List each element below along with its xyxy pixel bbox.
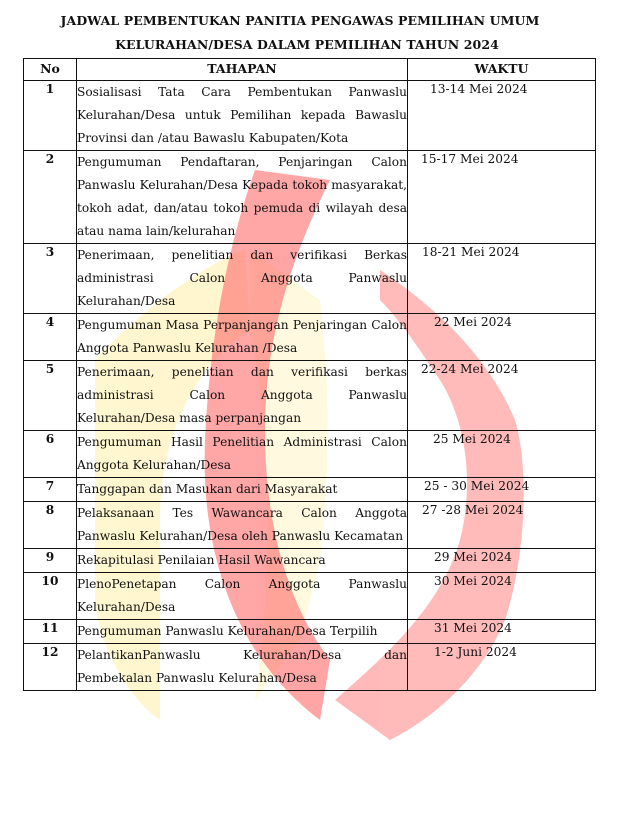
table-row: 6Pengumuman Hasil Penelitian Administras… (24, 431, 596, 478)
row-waktu-cell: 27 -28 Mei 2024 (408, 502, 596, 549)
table-row: 9Rekapitulasi Penilaian Hasil Wawancara2… (24, 549, 596, 573)
table-row: 11Pengumuman Panwaslu Kelurahan/Desa Ter… (24, 620, 596, 644)
schedule-table: No TAHAPAN WAKTU 1Sosialisasi Tata Cara … (23, 58, 596, 691)
row-waktu-cell: 15-17 Mei 2024 (408, 151, 596, 244)
row-number: 4 (24, 314, 77, 361)
row-waktu-cell: 13-14 Mei 2024 (408, 81, 596, 151)
row-tahapan: Pengumuman Masa Perpanjangan Penjaringan… (77, 314, 408, 361)
table-row: 10PlenoPenetapan Calon Anggota Panwaslu … (24, 573, 596, 620)
header-no: No (24, 59, 77, 81)
row-number: 9 (24, 549, 77, 573)
row-number: 8 (24, 502, 77, 549)
row-waktu: 29 Mei 2024 (408, 549, 595, 566)
row-waktu-cell: 25 Mei 2024 (408, 431, 596, 478)
table-row: 2Pengumuman Pendaftaran, Penjaringan Cal… (24, 151, 596, 244)
row-number: 10 (24, 573, 77, 620)
table-row: 3Penerimaan, penelitian dan verifikasi B… (24, 244, 596, 314)
row-tahapan: Penerimaan, penelitian dan verifikasi be… (77, 361, 408, 431)
row-tahapan: Pelaksanaan Tes Wawancara Calon Anggota … (77, 502, 408, 549)
row-tahapan: Pengumuman Hasil Penelitian Administrasi… (77, 431, 408, 478)
row-waktu-cell: 22-24 Mei 2024 (408, 361, 596, 431)
row-tahapan: Rekapitulasi Penilaian Hasil Wawancara (77, 549, 408, 573)
row-tahapan: Penerimaan, penelitian dan verifikasi Be… (77, 244, 408, 314)
table-row: 4Pengumuman Masa Perpanjangan Penjaringa… (24, 314, 596, 361)
row-tahapan: Sosialisasi Tata Cara Pembentukan Panwas… (77, 81, 408, 151)
row-number: 1 (24, 81, 77, 151)
row-waktu-cell: 31 Mei 2024 (408, 620, 596, 644)
table-row: 1Sosialisasi Tata Cara Pembentukan Panwa… (24, 81, 596, 151)
table-row: 7Tanggapan dan Masukan dari Masyarakat25… (24, 478, 596, 502)
table-row: 8Pelaksanaan Tes Wawancara Calon Anggota… (24, 502, 596, 549)
row-waktu: 22 Mei 2024 (408, 314, 595, 331)
row-tahapan: PlenoPenetapan Calon Anggota Panwaslu Ke… (77, 573, 408, 620)
row-number: 7 (24, 478, 77, 502)
row-number: 12 (24, 644, 77, 691)
row-number: 2 (24, 151, 77, 244)
header-tahapan: TAHAPAN (77, 59, 408, 81)
row-waktu: 25 Mei 2024 (408, 431, 595, 448)
header-waktu: WAKTU (408, 59, 596, 81)
document-title-line-1: JADWAL PEMBENTUKAN PANITIA PENGAWAS PEMI… (0, 13, 610, 28)
row-waktu-cell: 22 Mei 2024 (408, 314, 596, 361)
row-tahapan: PelantikanPanwaslu Kelurahan/Desa dan Pe… (77, 644, 408, 691)
row-waktu: 15-17 Mei 2024 (408, 151, 595, 168)
row-waktu-cell: 1-2 Juni 2024 (408, 644, 596, 691)
row-waktu: 25 - 30 Mei 2024 (408, 478, 595, 495)
row-waktu: 22-24 Mei 2024 (408, 361, 595, 378)
row-waktu: 1-2 Juni 2024 (408, 644, 595, 661)
row-number: 11 (24, 620, 77, 644)
row-waktu: 27 -28 Mei 2024 (408, 502, 595, 519)
row-waktu-cell: 25 - 30 Mei 2024 (408, 478, 596, 502)
row-waktu-cell: 29 Mei 2024 (408, 549, 596, 573)
row-tahapan: Pengumuman Pendaftaran, Penjaringan Calo… (77, 151, 408, 244)
row-number: 3 (24, 244, 77, 314)
row-tahapan: Pengumuman Panwaslu Kelurahan/Desa Terpi… (77, 620, 408, 644)
row-waktu-cell: 18-21 Mei 2024 (408, 244, 596, 314)
row-number: 5 (24, 361, 77, 431)
row-waktu: 30 Mei 2024 (408, 573, 595, 590)
row-waktu: 31 Mei 2024 (408, 620, 595, 637)
table-header-row: No TAHAPAN WAKTU (24, 59, 596, 81)
row-waktu: 13-14 Mei 2024 (408, 81, 595, 98)
table-row: 12PelantikanPanwaslu Kelurahan/Desa dan … (24, 644, 596, 691)
row-tahapan: Tanggapan dan Masukan dari Masyarakat (77, 478, 408, 502)
row-waktu-cell: 30 Mei 2024 (408, 573, 596, 620)
table-row: 5Penerimaan, penelitian dan verifikasi b… (24, 361, 596, 431)
row-number: 6 (24, 431, 77, 478)
document-title-line-2: KELURAHAN/DESA DALAM PEMILIHAN TAHUN 202… (0, 37, 617, 52)
row-waktu: 18-21 Mei 2024 (408, 244, 595, 261)
